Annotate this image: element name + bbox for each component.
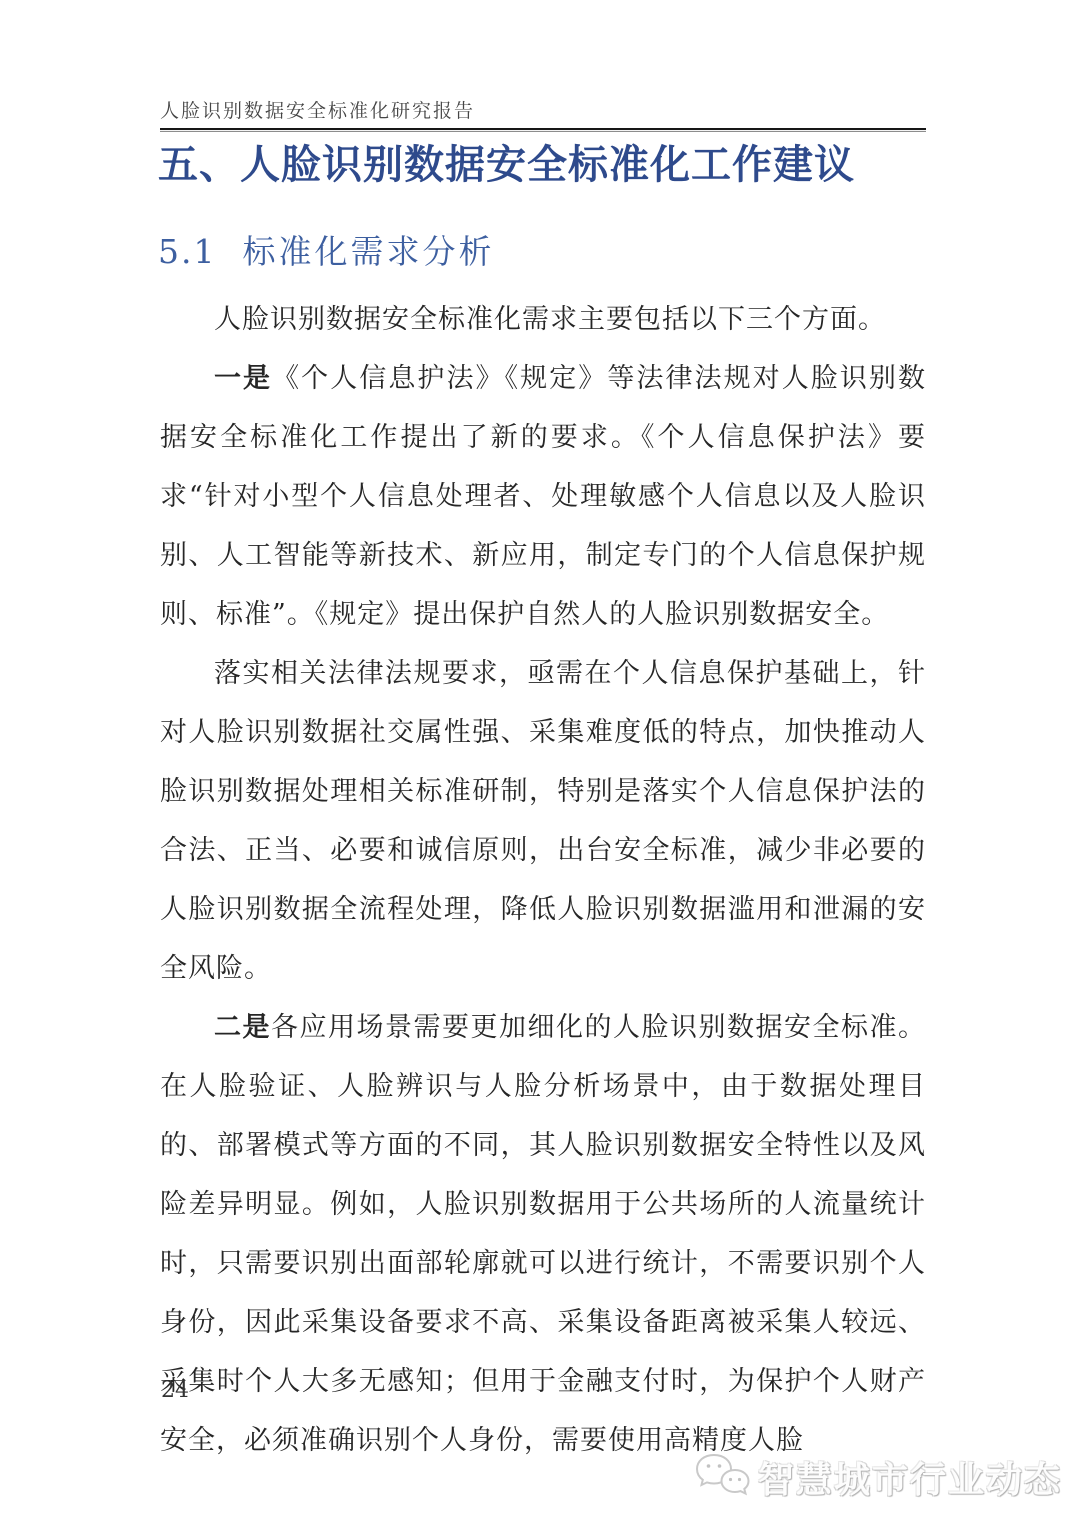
body-text: 人脸识别数据安全标准化需求主要包括以下三个方面。 一是《个人信息护法》《规定》等…: [160, 290, 926, 1470]
document-page: 人脸识别数据安全标准化研究报告 五、人脸识别数据安全标准化工作建议 5.1标准化…: [0, 0, 1080, 1527]
header-rule: [160, 128, 926, 132]
page-number: 24: [161, 1378, 189, 1403]
paragraph-implementation: 落实相关法律法规要求，亟需在个人信息保护基础上，针对人脸识别数据社交属性强、采集…: [160, 644, 926, 998]
paragraph-intro: 人脸识别数据安全标准化需求主要包括以下三个方面。: [160, 290, 926, 349]
paragraph-text: 各应用场景需要更加细化的人脸识别数据安全标准。在人脸验证、人脸辨识与人脸分析场景…: [160, 1012, 926, 1456]
section-heading: 5.1标准化需求分析: [158, 231, 958, 273]
wechat-icon: [694, 1449, 752, 1505]
brand-name: 智慧城市行业动态: [758, 1452, 1062, 1503]
paragraph-lead: 一是: [214, 363, 272, 394]
paragraph-lead: 二是: [214, 1012, 271, 1043]
paragraph-text: 人脸识别数据安全标准化需求主要包括以下三个方面。: [214, 304, 886, 335]
paragraph-text: 《个人信息护法》《规定》等法律法规对人脸识别数据安全标准化工作提出了新的要求。《…: [160, 363, 926, 630]
section-title: 标准化需求分析: [242, 232, 494, 271]
paragraph-point-one: 一是《个人信息护法》《规定》等法律法规对人脸识别数据安全标准化工作提出了新的要求…: [160, 349, 926, 644]
paragraph-point-two: 二是各应用场景需要更加细化的人脸识别数据安全标准。在人脸验证、人脸辨识与人脸分析…: [160, 998, 926, 1470]
paragraph-text: 落实相关法律法规要求，亟需在个人信息保护基础上，针对人脸识别数据社交属性强、采集…: [160, 658, 926, 984]
chapter-title: 五、人脸识别数据安全标准化工作建议: [158, 141, 958, 189]
footer-brand: 智慧城市行业动态: [694, 1449, 1062, 1505]
report-title-header: 人脸识别数据安全标准化研究报告: [160, 100, 926, 122]
page-header: 人脸识别数据安全标准化研究报告: [160, 100, 926, 132]
section-number: 5.1: [158, 232, 216, 271]
